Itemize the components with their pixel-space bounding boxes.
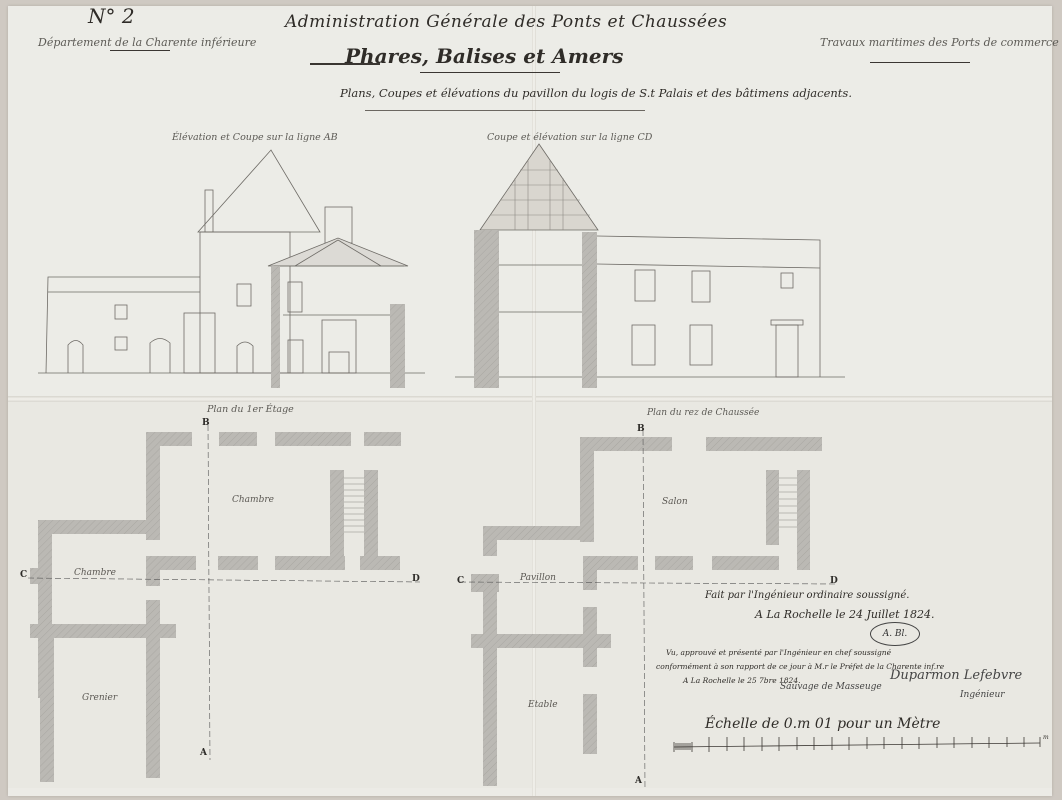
room-label-grenier: Grenier <box>82 693 117 703</box>
room-label-etable: Etable <box>528 700 558 710</box>
elevation-ab-drawing <box>38 150 425 373</box>
axis-letter-b-left: B <box>202 418 210 428</box>
room-label-chambre-upper: Chambre <box>232 495 274 505</box>
signature-right: Duparmon Lefebvre <box>890 668 1022 683</box>
engineer-initials-stamp: A. Bl. <box>870 622 920 646</box>
plan-ground-floor-axis-ab <box>643 430 645 790</box>
plan-first-floor-axis-ab <box>208 425 210 760</box>
room-label-chambre-lower: Chambre <box>74 568 116 578</box>
scale-label: Échelle de 0.m 01 pour un Mètre <box>705 716 940 732</box>
scale-bar <box>674 737 1040 752</box>
signature-left: Sauvage de Masseuge <box>780 682 882 692</box>
plan-ground-floor-axis-cd <box>460 582 835 584</box>
section-cd-drawing <box>455 144 845 377</box>
axis-letter-a-right: A <box>635 776 642 786</box>
elevation-ab-wall-left <box>271 266 280 388</box>
section-cd-wall-right <box>582 232 597 388</box>
section-cd-wall-left <box>474 230 499 388</box>
place-date-text: A La Rochelle le 24 Juillet 1824. <box>755 608 935 621</box>
plan-first-floor-axis-cd <box>28 578 420 582</box>
made-by-text: Fait par l'Ingénieur ordinaire soussigné… <box>705 590 909 601</box>
elevation-ab-wall-right <box>390 304 405 388</box>
plan-first-floor-stairs <box>344 478 364 532</box>
axis-letter-c-left: C <box>20 570 27 580</box>
approval-line-1: Vu, approuvé et présenté par l'Ingénieur… <box>666 648 891 657</box>
axis-letter-d-left: D <box>412 574 420 584</box>
axis-letter-c-right: C <box>457 576 464 586</box>
plan-first-floor-walls <box>30 432 401 782</box>
plan-ground-floor-stairs <box>779 478 797 527</box>
axis-letter-a-left: A <box>200 748 207 758</box>
axis-letter-d-right: D <box>830 576 838 586</box>
room-label-pavillon: Pavillon <box>520 573 556 583</box>
signature-right-title: Ingénieur <box>960 690 1005 700</box>
axis-letter-b-right: B <box>637 424 645 434</box>
room-label-salon: Salon <box>662 497 688 507</box>
scale-unit: m <box>1043 734 1049 741</box>
